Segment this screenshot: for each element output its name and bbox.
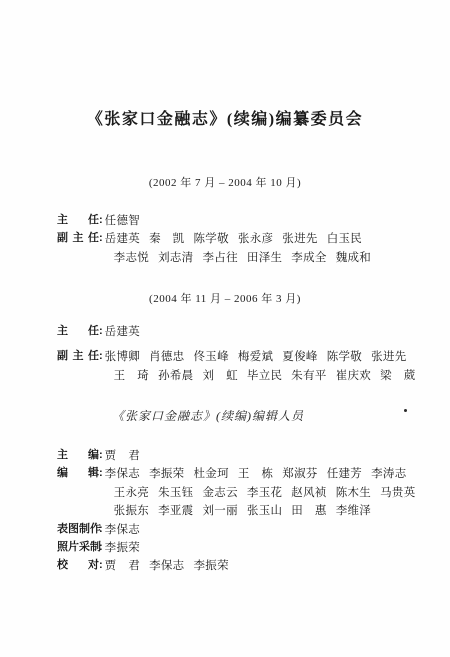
role-label: 主任 [57,211,99,229]
person-name: 白玉民 [327,233,362,245]
role-label-char: 辑 [88,464,99,482]
role-label-char: 任 [88,322,99,340]
name-line: 任德智 [105,211,149,229]
person-name: 岳建英 [105,233,140,245]
name-line: 李志悦刘志清李占往田泽生李成全魏成和 [114,248,380,266]
role-label-char: 图 [68,520,79,538]
row-tables-figures-maker: 表图制作:李保志 [57,520,450,538]
role-label-char: 任 [88,229,99,247]
row-deputy-directors: 副主任:岳建英秦 凯陈学敬张永彦张进先白玉民李志悦刘志清李占往田泽生李成全魏成和 [57,229,450,266]
person-name: 陈木生 [336,487,371,499]
row-chief-director: 主任:任德智 [57,211,450,229]
row-deputy-directors: 副主任:张博卿肖德忠佟玉峰梅爱斌夏俊峰陈学敬张进先王 琦孙希晨刘 虹毕立民朱有平… [57,347,450,384]
name-lines: 贾 君李保志李振荣 [105,556,238,574]
role-label-char: 任 [88,347,99,365]
role-label: 照片采制 [57,538,99,556]
person-name: 王 琦 [114,370,149,382]
editorial-staff-section: 《张家口金融志》(续编)编辑人员 主编:贾 君编辑:李保志李振荣杜金珂王 栋郑淑… [0,408,450,575]
person-name: 李保志 [105,524,140,536]
person-name: 佟玉峰 [193,351,228,363]
person-name: 刘志清 [158,252,193,264]
committee-section-2004-2006: (2004 年 11 月 – 2006 年 3 月) 主任:岳建英副主任:张博卿… [0,292,450,384]
label-colon: : [99,347,103,365]
role-label-char: 采 [79,538,90,556]
committee-section-2002-2004: (2002 年 7 月 – 2004 年 10 月) 主任:任德智副主任:岳建英… [0,176,450,266]
person-name: 张进先 [371,351,406,363]
person-name: 李亚震 [158,505,193,517]
name-lines: 李振荣 [105,538,149,556]
person-name: 岳建英 [105,326,140,338]
name-line: 李保志 [105,520,149,538]
role-label: 主任 [57,322,99,340]
person-name: 杜金珂 [193,468,228,480]
name-lines: 任德智 [105,211,149,229]
role-label: 表图制作 [57,520,99,538]
role-label-char: 片 [68,538,79,556]
role-label-char: 制 [79,520,90,538]
name-lines: 贾 君 [105,446,149,464]
role-label-char: 表 [57,520,68,538]
document-page: 《张家口金融志》(续编)编纂委员会 (2002 年 7 月 – 2004 年 1… [0,0,450,657]
person-name: 朱玉钰 [158,487,193,499]
person-name: 张进先 [282,233,317,245]
role-label: 副主任 [57,229,99,247]
row-proofreaders: 校对:贾 君李保志李振荣 [57,556,450,574]
person-name: 贾 君 [105,560,140,572]
role-label-char: 副 [57,347,68,365]
person-name: 朱有平 [291,370,326,382]
scan-ink-dot-artifact [404,409,407,412]
person-name: 王 栋 [238,468,273,480]
label-colon: : [99,520,103,538]
name-lines: 岳建英 [105,322,149,340]
label-colon: : [99,556,103,574]
member-rows: 主任:任德智副主任:岳建英秦 凯陈学敬张永彦张进先白玉民李志悦刘志清李占往田泽生… [0,211,450,266]
role-label: 主编 [57,446,99,464]
name-line: 李保志李振荣杜金珂王 栋郑淑芬任建芳李涛志 [105,464,425,482]
person-name: 魏成和 [336,252,371,264]
person-name: 李维泽 [336,505,371,517]
name-line: 王 琦孙希晨刘 虹毕立民朱有平崔庆欢梁 葳 [114,366,425,384]
role-label-char: 主 [57,446,68,464]
person-name: 孙希晨 [158,370,193,382]
person-name: 田泽生 [247,252,282,264]
role-label-char: 主 [73,347,84,365]
role-label-char: 照 [57,538,68,556]
row-editors: 编辑:李保志李振荣杜金珂王 栋郑淑芬任建芳李涛志王永亮朱玉钰金志云李玉花赵风祯陈… [57,464,450,519]
name-line: 王永亮朱玉钰金志云李玉花赵风祯陈木生马贵英 [114,483,425,501]
person-name: 秦 凯 [149,233,184,245]
period-heading: (2002 年 7 月 – 2004 年 10 月) [0,176,450,190]
person-name: 李保志 [149,560,184,572]
name-line: 岳建英秦 凯陈学敬张永彦张进先白玉民 [105,229,380,247]
person-name: 郑淑芬 [282,468,317,480]
person-name: 梁 葳 [380,370,415,382]
person-name: 刘 虹 [202,370,237,382]
person-name: 李振荣 [193,560,228,572]
label-colon: : [99,464,103,482]
role-label-char: 校 [57,556,68,574]
person-name: 王永亮 [114,487,149,499]
role-label-char: 对 [88,556,99,574]
label-colon: : [99,538,103,556]
name-lines: 岳建英秦 凯陈学敬张永彦张进先白玉民李志悦刘志清李占往田泽生李成全魏成和 [105,229,380,266]
person-name: 李志悦 [114,252,149,264]
person-name: 陈学敬 [193,233,228,245]
person-name: 李涛志 [371,468,406,480]
person-name: 李振荣 [105,542,140,554]
name-lines: 李保志 [105,520,149,538]
role-label-char: 主 [57,211,68,229]
person-name: 刘一丽 [202,505,237,517]
label-colon: : [99,322,103,340]
person-name: 李玉花 [247,487,282,499]
role-label-char: 主 [73,229,84,247]
name-lines: 李保志李振荣杜金珂王 栋郑淑芬任建芳李涛志王永亮朱玉钰金志云李玉花赵风祯陈木生马… [105,464,425,519]
person-name: 张玉山 [247,505,282,517]
role-label-char: 编 [88,446,99,464]
person-name: 赵风祯 [291,487,326,499]
role-label-char: 任 [88,211,99,229]
role-label: 校对 [57,556,99,574]
person-name: 马贵英 [380,487,415,499]
page-title: 《张家口金融志》(续编)编纂委员会 [0,106,450,129]
person-name: 夏俊峰 [282,351,317,363]
label-colon: : [99,229,103,247]
name-line: 贾 君 [105,446,149,464]
person-name: 田 惠 [291,505,326,517]
person-name: 梅爱斌 [238,351,273,363]
name-line: 李振荣 [105,538,149,556]
staff-section-title: 《张家口金融志》(续编)编辑人员 [0,408,450,424]
name-line: 张振东李亚震刘一丽张玉山田 惠李维泽 [114,501,425,519]
name-line: 张博卿肖德忠佟玉峰梅爱斌夏俊峰陈学敬张进先 [105,347,425,365]
member-rows: 主编:贾 君编辑:李保志李振荣杜金珂王 栋郑淑芬任建芳李涛志王永亮朱玉钰金志云李… [0,446,450,575]
person-name: 金志云 [202,487,237,499]
person-name: 张博卿 [105,351,140,363]
role-label: 副主任 [57,347,99,365]
name-lines: 张博卿肖德忠佟玉峰梅爱斌夏俊峰陈学敬张进先王 琦孙希晨刘 虹毕立民朱有平崔庆欢梁… [105,347,425,384]
row-photo-collector: 照片采制:李振荣 [57,538,450,556]
person-name: 任德智 [105,215,140,227]
period-heading: (2004 年 11 月 – 2006 年 3 月) [0,292,450,306]
person-name: 贾 君 [105,450,140,462]
person-name: 李占往 [202,252,237,264]
role-label-char: 编 [57,464,68,482]
person-name: 任建芳 [327,468,362,480]
role-label-char: 副 [57,229,68,247]
name-line: 岳建英 [105,322,149,340]
row-chief-director: 主任:岳建英 [57,322,450,340]
person-name: 李成全 [291,252,326,264]
person-name: 崔庆欢 [336,370,371,382]
person-name: 毕立民 [247,370,282,382]
person-name: 李振荣 [149,468,184,480]
role-label: 编辑 [57,464,99,482]
person-name: 陈学敬 [327,351,362,363]
label-colon: : [99,446,103,464]
person-name: 肖德忠 [149,351,184,363]
person-name: 张永彦 [238,233,273,245]
person-name: 张振东 [114,505,149,517]
name-line: 贾 君李保志李振荣 [105,556,238,574]
label-colon: : [99,211,103,229]
person-name: 李保志 [105,468,140,480]
member-rows: 主任:岳建英副主任:张博卿肖德忠佟玉峰梅爱斌夏俊峰陈学敬张进先王 琦孙希晨刘 虹… [0,322,450,384]
role-label-char: 主 [57,322,68,340]
row-chief-editor: 主编:贾 君 [57,446,450,464]
